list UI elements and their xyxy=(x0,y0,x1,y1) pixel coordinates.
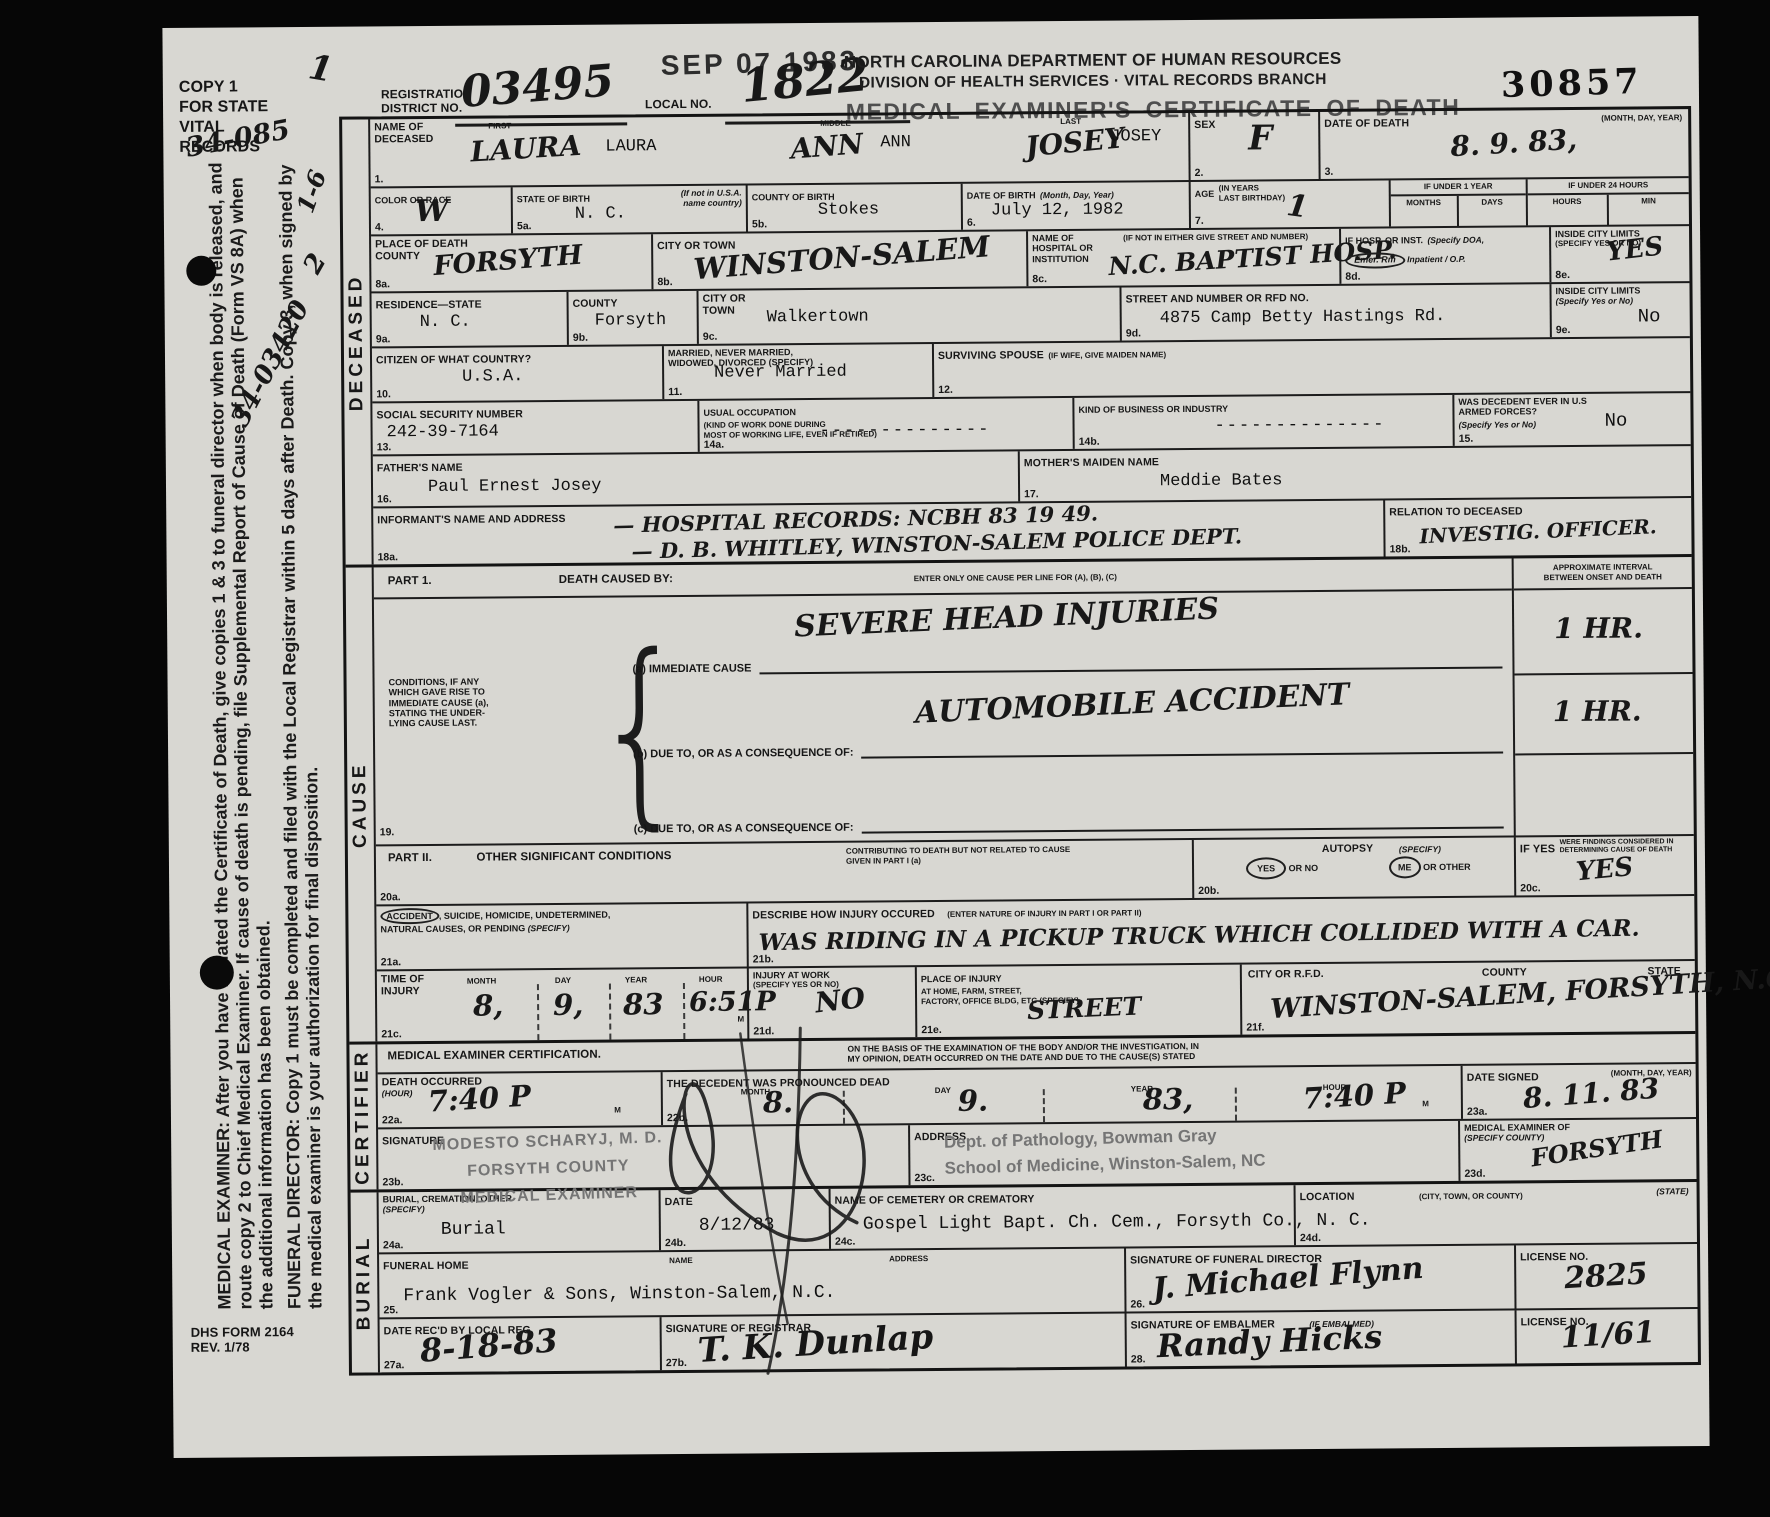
first-name-typed: LAURA xyxy=(605,137,656,156)
item-number-21b: 21b. xyxy=(753,953,774,965)
manner-caption: (SPECIFY) xyxy=(528,923,570,933)
item-number-9a: 9a. xyxy=(376,333,391,345)
due-to-b-label: (b) DUE TO, OR AS A CONSEQUENCE OF: xyxy=(633,747,854,761)
field-if-under-24-hours: IF UNDER 24 HOURS HOURS MIN xyxy=(1526,178,1689,225)
father-label: FATHER'S NAME xyxy=(377,462,463,475)
funeral-director-note-head: FUNERAL DIRECTOR: xyxy=(283,1119,304,1309)
pr-divider-2 xyxy=(1043,1089,1045,1122)
section-label-certifier: CERTIFIER xyxy=(349,1044,378,1189)
punch-hole-bottom xyxy=(200,956,234,990)
manner-accident-circled: ACCIDENT xyxy=(380,908,439,925)
funeral-home-value: Frank Vogler & Sons, Winston-Salem, N.C. xyxy=(403,1283,835,1306)
field-registrar-signature: SIGNATURE OF REGISTRAR T. K. Dunlap 27b. xyxy=(660,1314,1125,1371)
occupation-label: USUAL OCCUPATION xyxy=(703,407,796,418)
date-of-death-caption: (MONTH, DAY, YEAR) xyxy=(1601,113,1682,123)
part2-label: PART II. xyxy=(388,852,432,864)
manner-line2: NATURAL CAUSES, OR PENDING xyxy=(380,924,525,935)
item-number-9b: 9b. xyxy=(573,332,588,344)
injury-city-label: CITY OR R.F.D. xyxy=(1248,968,1324,981)
findings-value: YES xyxy=(1575,852,1635,887)
item-number-9e: 9e. xyxy=(1556,324,1571,336)
field-date-signed: DATE SIGNED (MONTH, DAY, YEAR) 8. 11. 83… xyxy=(1461,1064,1696,1119)
age-caption: (IN YEARS LAST BIRTHDAY) xyxy=(1219,183,1286,203)
item-number-15: 15. xyxy=(1459,433,1474,445)
item-number-23a: 23a. xyxy=(1467,1106,1488,1118)
interval-column: APPROXIMATE INTERVAL BETWEEN ONSET AND D… xyxy=(1512,557,1694,835)
field-funeral-home: FUNERAL HOME NAME ADDRESS Frank Vogler &… xyxy=(379,1249,1124,1318)
item-number-16: 16. xyxy=(377,493,392,505)
item-number-8b: 8b. xyxy=(657,276,672,288)
field-relation-to-deceased: RELATION TO DECEASED INVESTIG. OFFICER. … xyxy=(1383,498,1691,556)
funeral-home-address-caption: ADDRESS xyxy=(889,1254,928,1264)
pr-divider-3 xyxy=(1235,1088,1237,1121)
other-conditions-label: OTHER SIGNIFICANT CONDITIONS xyxy=(476,850,671,864)
age-value: 1 xyxy=(1285,188,1310,225)
residence-county-value: Forsyth xyxy=(595,311,667,331)
field-findings-considered: IF YES WERE FINDINGS CONSIDERED IN DETER… xyxy=(1514,836,1694,895)
item-number-8a: 8a. xyxy=(375,278,390,290)
field-name-of-deceased: NAME OF DECEASED FIRST MIDDLE LAST LAURA… xyxy=(370,113,1189,186)
cemetery-value: Gospel Light Bapt. Ch. Cem., Forsyth Co.… xyxy=(863,1211,1371,1235)
age-label: AGE xyxy=(1195,189,1215,199)
date-of-birth-value: July 12, 1982 xyxy=(991,201,1124,221)
form-revision: REV. 1/78 xyxy=(191,1340,294,1356)
toi-divider-3 xyxy=(683,983,685,1039)
field-color-or-race: COLOR OR RACE W 4. xyxy=(371,187,511,234)
under-24-hours-min: MIN xyxy=(1608,194,1689,226)
field-residence-state: RESIDENCE—STATE N. C. 9a. xyxy=(371,292,566,347)
item-number-27b: 27b. xyxy=(666,1357,687,1369)
autopsy-yes-circled: YES xyxy=(1246,857,1286,879)
toi-m-label: M xyxy=(738,1015,745,1025)
item-number-20b: 20b. xyxy=(1198,885,1219,897)
field-injury-location: CITY OR R.F.D. COUNTY STATE WINSTON-SALE… xyxy=(1240,961,1696,1035)
state-of-birth-value: N. C. xyxy=(575,204,626,223)
field-mothers-maiden-name: MOTHER'S MAIDEN NAME Meddie Bates 17. xyxy=(1018,446,1691,501)
describe-injury-caption: (ENTER NATURE OF INJURY IN PART I OR PAR… xyxy=(947,908,1141,919)
funeral-home-label: FUNERAL HOME xyxy=(383,1260,469,1273)
due-to-c-label: (c) DUE TO, OR AS A CONSEQUENCE OF: xyxy=(634,822,854,836)
county-of-birth-value: Stokes xyxy=(818,200,879,219)
item-number-8e: 8e. xyxy=(1555,269,1570,281)
toi-day-value: 9, xyxy=(553,988,584,1022)
field-place-of-death-city: CITY OR TOWN WINSTON-SALEM 8b. xyxy=(651,231,1026,289)
copy-line2: FOR STATE xyxy=(179,98,268,116)
field-date-received: DATE REC'D BY LOCAL REG. 8-18-83 27a. xyxy=(380,1317,660,1372)
item-number-9c: 9c. xyxy=(703,331,718,343)
autopsy-orother: OR OTHER xyxy=(1423,862,1471,872)
field-marital-status: MARRIED, NEVER MARRIED, WIDOWED, DIVORCE… xyxy=(662,344,932,399)
time-of-injury-label: TIME OF INJURY xyxy=(381,973,424,997)
interval-b-value: 1 HR. xyxy=(1553,694,1642,728)
punch-hole-top xyxy=(186,256,216,286)
manner-rest1: , SUICIDE, HOMICIDE, UNDETERMINED, xyxy=(439,910,611,921)
item-number-5b: 5b. xyxy=(752,218,767,230)
sex-label: SEX xyxy=(1194,119,1215,131)
death-occurred-value: 7:40 P xyxy=(427,1079,532,1119)
hospital-status-label: IF HOSP. OR INST. xyxy=(1345,235,1423,246)
item-number-21d: 21d. xyxy=(753,1025,774,1037)
registration-district-label: REGISTRATION DISTRICT NO. xyxy=(381,88,472,116)
last-name-typed: JOSEY xyxy=(1110,127,1161,146)
field-autopsy: AUTOPSY (SPECIFY) YES OR NO ME OR OTHER … xyxy=(1192,837,1514,898)
field-cemetery-name: NAME OF CEMETERY OR CREMATORY Gospel Lig… xyxy=(829,1185,1294,1249)
spouse-label: SURVIVING SPOUSE xyxy=(938,349,1044,362)
spouse-caption: (IF WIFE, GIVE MAIDEN NAME) xyxy=(1048,350,1166,360)
certificate-form: DECEASED NAME OF DECEASED FIRST MIDDLE L… xyxy=(339,106,1701,1376)
state-of-birth-caption: (If not in U.S.A. name country) xyxy=(672,188,742,209)
field-inside-city-limits-8e: INSIDE CITY LIMITS (SPECIFY YES OR NO) Y… xyxy=(1549,226,1689,282)
pr-hour-value: 7:40 P xyxy=(1302,1076,1407,1116)
date-of-death-label: DATE OF DEATH xyxy=(1324,117,1409,130)
item-number-22b: 22b. xyxy=(667,1112,688,1124)
immediate-cause-label: (a) IMMEDIATE CAUSE xyxy=(632,662,751,675)
under-1-year-label: IF UNDER 1 YEAR xyxy=(1391,179,1526,196)
under-24-hours-label: IF UNDER 24 HOURS xyxy=(1528,178,1689,195)
armed-forces-caption: (Specify Yes or No) xyxy=(1459,418,1687,430)
field-date-of-death: DATE OF DEATH (MONTH, DAY, YEAR) 8. 9. 8… xyxy=(1318,109,1689,179)
state-of-birth-label: STATE OF BIRTH xyxy=(517,194,590,205)
field-hospital-name: NAME OF HOSPITAL OR INSTITUTION (IF NOT … xyxy=(1026,229,1339,286)
emer-rm-circled: Emer. Rm xyxy=(1345,252,1405,268)
item-number-19: 19. xyxy=(380,826,395,838)
burial-state-caption: (STATE) xyxy=(1656,1186,1688,1196)
armed-forces-label: WAS DECEDENT EVER IN U.S ARMED FORCES? xyxy=(1458,396,1587,418)
item-number-13: 13. xyxy=(377,441,392,453)
field-sex: SEX F 2. xyxy=(1188,112,1319,180)
medical-examiner-note-head: MEDICAL EXAMINER: xyxy=(213,1122,234,1310)
field-pronounced-dead: THE DECEDENT WAS PRONOUNCED DEAD MONTH D… xyxy=(661,1066,1461,1125)
conditions-note: CONDITIONS, IF ANY WHICH GAVE RISE TO IM… xyxy=(389,676,589,729)
inside-city-limits-9e-caption: (Specify Yes or No) xyxy=(1556,295,1686,306)
item-number-4: 4. xyxy=(375,221,384,233)
toi-divider-1 xyxy=(537,984,539,1040)
date-of-birth-caption: (Month, Day, Year) xyxy=(1040,190,1114,201)
item-number-25: 25. xyxy=(383,1304,398,1316)
hospital-status-caption2: Inpatient / O.P. xyxy=(1405,254,1466,264)
certificate-paper: COPY 1 FOR STATE VITAL RECORDS 1 34-085 … xyxy=(162,16,1709,1458)
field-funeral-director-signature: SIGNATURE OF FUNERAL DIRECTOR J. Michael… xyxy=(1124,1245,1514,1311)
hospital-label: NAME OF HOSPITAL OR INSTITUTION xyxy=(1032,233,1093,265)
form-id-block: DHS FORM 2164 REV. 1/78 xyxy=(191,1325,294,1356)
mother-label: MOTHER'S MAIDEN NAME xyxy=(1024,456,1159,469)
death-occurred-m: M xyxy=(614,1106,621,1116)
field-medical-examiner-of: MEDICAL EXAMINER OF (SPECIFY COUNTY) FOR… xyxy=(1458,1119,1696,1181)
autopsy-orno: OR NO xyxy=(1289,863,1319,873)
sex-value: F xyxy=(1248,118,1272,158)
handwritten-tick: 1 xyxy=(306,47,336,90)
item-number-22a: 22a. xyxy=(382,1114,403,1126)
toi-month-caption: MONTH xyxy=(467,976,496,986)
item-number-24a: 24a. xyxy=(383,1239,404,1251)
department-header: NORTH CAROLINA DEPARTMENT OF HUMAN RESOU… xyxy=(783,48,1403,93)
field-other-significant-conditions: PART II. OTHER SIGNIFICANT CONDITIONS CO… xyxy=(376,840,1192,904)
field-inside-city-limits-9e: INSIDE CITY LIMITS (Specify Yes or No) N… xyxy=(1549,283,1689,337)
field-informant: INFORMANT'S NAME AND ADDRESS — HOSPITAL … xyxy=(373,500,1383,564)
field-death-occurred-hour: DEATH OCCURRED (HOUR) 7:40 P M 22a. xyxy=(378,1072,661,1127)
department-line1: NORTH CAROLINA DEPARTMENT OF HUMAN RESOU… xyxy=(783,48,1403,73)
item-number-10: 10. xyxy=(376,388,391,400)
interval-a-cell: 1 HR. xyxy=(1514,589,1693,675)
pr-month-value: 8. xyxy=(763,1085,794,1119)
item-number-14b: 14b. xyxy=(1079,436,1100,448)
residence-state-label: RESIDENCE—STATE xyxy=(376,299,482,312)
residence-city-value: Walkertown xyxy=(767,308,869,328)
other-conditions-caption: CONTRIBUTING TO DEATH BUT NOT RELATED TO… xyxy=(846,845,1070,866)
toi-hour-caption: HOUR xyxy=(699,975,723,985)
interval-b-cell: 1 HR. xyxy=(1515,674,1694,755)
department-line2: DIVISION OF HEALTH SERVICES · VITAL RECO… xyxy=(783,70,1403,93)
date-signed-value: 8. 11. 83 xyxy=(1522,1072,1661,1115)
citizen-label: CITIZEN OF WHAT COUNTRY? xyxy=(376,353,531,366)
toi-divider-2 xyxy=(609,984,611,1040)
license1-value: 2825 xyxy=(1563,1256,1648,1296)
pr-day-value: 9. xyxy=(958,1084,989,1118)
certificate-serial-number: 30857 xyxy=(1500,61,1643,106)
pr-divider-1 xyxy=(843,1091,845,1124)
injury-at-work-value: NO xyxy=(813,981,866,1019)
section-label-deceased: DECEASED xyxy=(342,119,373,564)
item-number-27a: 27a. xyxy=(384,1359,405,1371)
toi-month-value: 8, xyxy=(473,988,504,1022)
field-me-signature: SIGNATURE MODESTO SCHARYJ, M. D. FORSYTH… xyxy=(378,1125,908,1189)
scanned-death-certificate: { "margin": { "copy1": "COPY 1", "copy2"… xyxy=(0,0,1770,1517)
field-injury-at-work: INJURY AT WORK (SPECIFY YES OR NO) NO 21… xyxy=(747,967,916,1038)
section-label-cause: CAUSE xyxy=(346,567,378,1041)
item-number-26: 26. xyxy=(1130,1298,1145,1310)
field-citizen: CITIZEN OF WHAT COUNTRY? U.S.A. 10. xyxy=(372,346,662,401)
burial-location-label: LOCATION xyxy=(1300,1191,1355,1203)
due-to-b-rule xyxy=(862,752,1504,759)
autopsy-me-group: ME OR OTHER xyxy=(1389,856,1471,879)
burial-date-value: 8/12/83 xyxy=(699,1215,775,1236)
item-number-21e: 21e. xyxy=(921,1024,942,1036)
item-number-8d: 8d. xyxy=(1345,271,1360,283)
cause-part1-area: PART 1. DEATH CAUSED BY: ENTER ONLY ONE … xyxy=(374,558,1514,844)
field-fathers-name: FATHER'S NAME Paul Ernest Josey 16. xyxy=(373,451,1018,506)
injury-county-label: COUNTY xyxy=(1482,966,1527,978)
certification-label: MEDICAL EXAMINER CERTIFICATION. xyxy=(387,1049,601,1063)
pr-day-caption: DAY xyxy=(935,1086,951,1096)
field-residence-street: STREET AND NUMBER OR RFD NO. 4875 Camp B… xyxy=(1119,284,1549,340)
field-ssn: SOCIAL SECURITY NUMBER 242-39-7164 13. xyxy=(372,401,697,455)
item-number-14a: 14a. xyxy=(704,439,725,451)
inside-city-limits-9e-value: No xyxy=(1638,305,1661,327)
license2-value: 11/61 xyxy=(1560,1315,1656,1356)
section-label-burial: BURIAL xyxy=(351,1192,380,1372)
item-number-23c: 23c. xyxy=(914,1172,935,1184)
margin-instructions: MEDICAL EXAMINER: After you have initiat… xyxy=(205,159,325,1310)
interval-header: APPROXIMATE INTERVAL BETWEEN ONSET AND D… xyxy=(1514,557,1692,590)
field-place-of-death-county: PLACE OF DEATH COUNTY FORSYTH 8a. xyxy=(371,234,651,291)
describe-injury-label: DESCRIBE HOW INJURY OCCURED xyxy=(752,908,934,921)
item-number-21f: 21f. xyxy=(1246,1021,1264,1033)
item-number-3: 3. xyxy=(1325,166,1334,178)
first-name-handwritten: LAURA xyxy=(469,129,582,169)
residence-street-label: STREET AND NUMBER OR RFD NO. xyxy=(1126,292,1309,305)
describe-injury-value: WAS RIDING IN A PICKUP TRUCK WHICH COLLI… xyxy=(758,915,1639,957)
item-number-18b: 18b. xyxy=(1389,543,1410,555)
copy-line1: COPY 1 xyxy=(179,78,238,95)
item-number-23b: 23b. xyxy=(382,1176,403,1188)
death-caused-by-label: DEATH CAUSED BY: xyxy=(559,573,673,587)
registration-district-value: 03495 xyxy=(459,55,616,118)
me-address-stamp: Dept. of Pathology, Bowman Gray School o… xyxy=(944,1122,1266,1183)
item-number-7: 7. xyxy=(1195,215,1204,227)
father-value: Paul Ernest Josey xyxy=(428,477,602,497)
field-business-industry: KIND OF BUSINESS OR INDUSTRY -----------… xyxy=(1072,395,1452,449)
inside-city-limits-8e-value: YES xyxy=(1605,231,1665,267)
citizen-value: U.S.A. xyxy=(462,367,523,386)
mother-value: Meddie Bates xyxy=(1160,471,1283,491)
item-number-5a: 5a. xyxy=(517,220,532,232)
residence-county-label: COUNTY xyxy=(573,297,618,309)
toi-day-caption: DAY xyxy=(555,976,571,986)
ssn-label: SOCIAL SECURITY NUMBER xyxy=(376,408,523,421)
item-number-1: 1. xyxy=(375,173,384,185)
marital-value: Never Married xyxy=(714,363,847,383)
item-number-21c: 21c. xyxy=(381,1028,402,1040)
field-age: AGE (IN YEARS LAST BIRTHDAY) 1 7. xyxy=(1189,180,1389,228)
field-me-address: ADDRESS Dept. of Pathology, Bowman Gray … xyxy=(908,1121,1458,1185)
section-cause: CAUSE PART 1. DEATH CAUSED BY: ENTER ONL… xyxy=(346,554,1696,1042)
cemetery-label: NAME OF CEMETERY OR CREMATORY xyxy=(835,1193,1035,1207)
industry-value: -------------- xyxy=(1214,415,1385,435)
interval-c-cell xyxy=(1515,754,1694,835)
date-of-birth-label: DATE OF BIRTH xyxy=(967,190,1036,201)
under-1-year-days: DAYS xyxy=(1458,195,1526,227)
item-number-24c: 24c. xyxy=(835,1236,856,1248)
industry-label: KIND OF BUSINESS OR INDUSTRY xyxy=(1078,404,1228,415)
me-name-stamp: MODESTO SCHARYJ, M. D. FORSYTH COUNTY ME… xyxy=(432,1124,665,1213)
interval-a-value: 1 HR. xyxy=(1554,611,1643,645)
middle-caption: MIDDLE xyxy=(820,119,851,129)
burial-location-caption: (CITY, TOWN, OR COUNTY) xyxy=(1419,1191,1523,1201)
certification-text: ON THE BASIS OF THE EXAMINATION OF THE B… xyxy=(847,1041,1199,1064)
autopsy-label: AUTOPSY xyxy=(1322,843,1373,855)
middle-name-handwritten: ANN xyxy=(789,127,864,166)
residence-state-value: N. C. xyxy=(420,313,471,332)
ssn-value: 242-39-7164 xyxy=(387,422,499,442)
form-id: DHS FORM 2164 xyxy=(191,1325,294,1341)
item-number-21a: 21a. xyxy=(381,956,402,968)
place-of-injury-value: STREET xyxy=(1027,991,1142,1025)
item-number-12: 12. xyxy=(938,384,953,396)
relation-value: INVESTIG. OFFICER. xyxy=(1419,514,1657,548)
field-usual-occupation: USUAL OCCUPATION (KIND OF WORK DONE DURI… xyxy=(697,398,1072,452)
race-value: W xyxy=(415,194,449,229)
item-number-24b: 24b. xyxy=(665,1237,686,1249)
occupation-value: -------------- xyxy=(820,421,991,441)
toi-year-caption: YEAR xyxy=(625,975,647,985)
item-number-24d: 24d. xyxy=(1300,1232,1321,1244)
field-surviving-spouse: SURVIVING SPOUSE (IF WIFE, GIVE MAIDEN N… xyxy=(932,338,1690,397)
item-number-9d: 9d. xyxy=(1126,327,1141,339)
item-number-23d: 23d. xyxy=(1464,1168,1485,1180)
section-deceased: DECEASED NAME OF DECEASED FIRST MIDDLE L… xyxy=(342,109,1691,565)
field-license-1: LICENSE NO. 2825 xyxy=(1514,1244,1697,1308)
field-time-of-injury: TIME OF INJURY MONTH DAY YEAR HOUR 8, 9,… xyxy=(377,968,748,1041)
item-number-2: 2. xyxy=(1195,167,1204,179)
item-number-17: 17. xyxy=(1024,488,1039,500)
field-manner-of-death: ACCIDENT, SUICIDE, HOMICIDE, UNDETERMINE… xyxy=(376,903,746,969)
relation-label: RELATION TO DECEASED xyxy=(1389,505,1523,518)
under-1-year-months: MONTHS xyxy=(1391,195,1459,227)
item-number-18a: 18a. xyxy=(378,551,399,563)
item-number-8c: 8c. xyxy=(1032,273,1047,285)
field-burial-date: DATE 8/12/83 24b. xyxy=(659,1189,829,1250)
item-number-20c: 20c. xyxy=(1520,882,1541,894)
residence-street-value: 4875 Camp Betty Hastings Rd. xyxy=(1160,307,1446,328)
due-to-c-rule xyxy=(862,827,1504,834)
immediate-cause-rule xyxy=(759,667,1502,675)
residence-city-label: CITY OR TOWN xyxy=(703,292,746,316)
field-hospital-status: IF HOSP. OR INST. (Specify DOA, Emer. Rm… xyxy=(1339,227,1549,284)
pr-year-value: 83, xyxy=(1143,1082,1194,1116)
middle-name-typed: ANN xyxy=(880,133,911,152)
informant-label: INFORMANT'S NAME AND ADDRESS xyxy=(377,513,565,526)
field-license-2: LICENSE NO. 11/61 xyxy=(1515,1309,1698,1363)
item-number-6: 6. xyxy=(967,217,976,229)
burial-method-value: Burial xyxy=(441,1219,506,1240)
hospital-status-caption1: (Specify DOA, xyxy=(1427,235,1484,245)
field-if-under-1-year: IF UNDER 1 YEAR MONTHS DAYS xyxy=(1389,179,1526,226)
field-residence-county: COUNTY Forsyth 9b. xyxy=(566,291,696,345)
field-embalmer-signature: SIGNATURE OF EMBALMER (IF EMBALMED) Rand… xyxy=(1125,1310,1515,1366)
section-certifier: CERTIFIER MEDICAL EXAMINER CERTIFICATION… xyxy=(349,1031,1696,1190)
item-number-28: 28. xyxy=(1131,1353,1146,1365)
field-armed-forces: WAS DECEDENT EVER IN U.S ARMED FORCES? (… xyxy=(1452,393,1690,446)
one-cause-note: ENTER ONLY ONE CAUSE PER LINE FOR (A), (… xyxy=(914,573,1117,584)
pr-m-label: M xyxy=(1422,1100,1429,1110)
funeral-home-name-caption: NAME xyxy=(669,1256,693,1266)
field-place-of-injury: PLACE OF INJURY AT HOME, FARM, STREET, F… xyxy=(915,965,1241,1038)
toi-year-value: 83 xyxy=(623,987,664,1021)
field-residence-city: CITY OR TOWN Walkertown 9c. xyxy=(696,288,1119,344)
autopsy-me-circled: ME xyxy=(1389,856,1421,878)
date-of-death-value: 8. 9. 83, xyxy=(1449,123,1577,164)
field-state-of-birth: STATE OF BIRTH (If not in U.S.A. name co… xyxy=(511,185,746,233)
armed-forces-value: No xyxy=(1604,410,1627,432)
item-number-20a: 20a. xyxy=(380,891,401,903)
autopsy-caption: (SPECIFY) xyxy=(1399,844,1441,855)
local-no-label: LOCAL NO. xyxy=(645,98,712,112)
part1-label: PART 1. xyxy=(388,575,432,589)
burial-date-label: DATE xyxy=(665,1196,693,1208)
place-of-death-city-value: WINSTON-SALEM xyxy=(692,229,991,286)
item-number-11: 11. xyxy=(668,386,682,398)
ifyes-label: IF YES xyxy=(1520,843,1555,855)
field-describe-injury: DESCRIBE HOW INJURY OCCURED (ENTER NATUR… xyxy=(746,896,1694,966)
first-caption: FIRST xyxy=(488,121,511,131)
autopsy-yes-group: YES OR NO xyxy=(1246,857,1318,880)
field-county-of-birth: COUNTY OF BIRTH Stokes 5b. xyxy=(746,184,961,232)
under-24-hours-hours: HOURS xyxy=(1528,194,1609,226)
place-of-injury-label: PLACE OF INJURY xyxy=(921,973,1002,984)
field-date-of-birth: DATE OF BIRTH (Month, Day, Year) July 12… xyxy=(961,182,1189,230)
